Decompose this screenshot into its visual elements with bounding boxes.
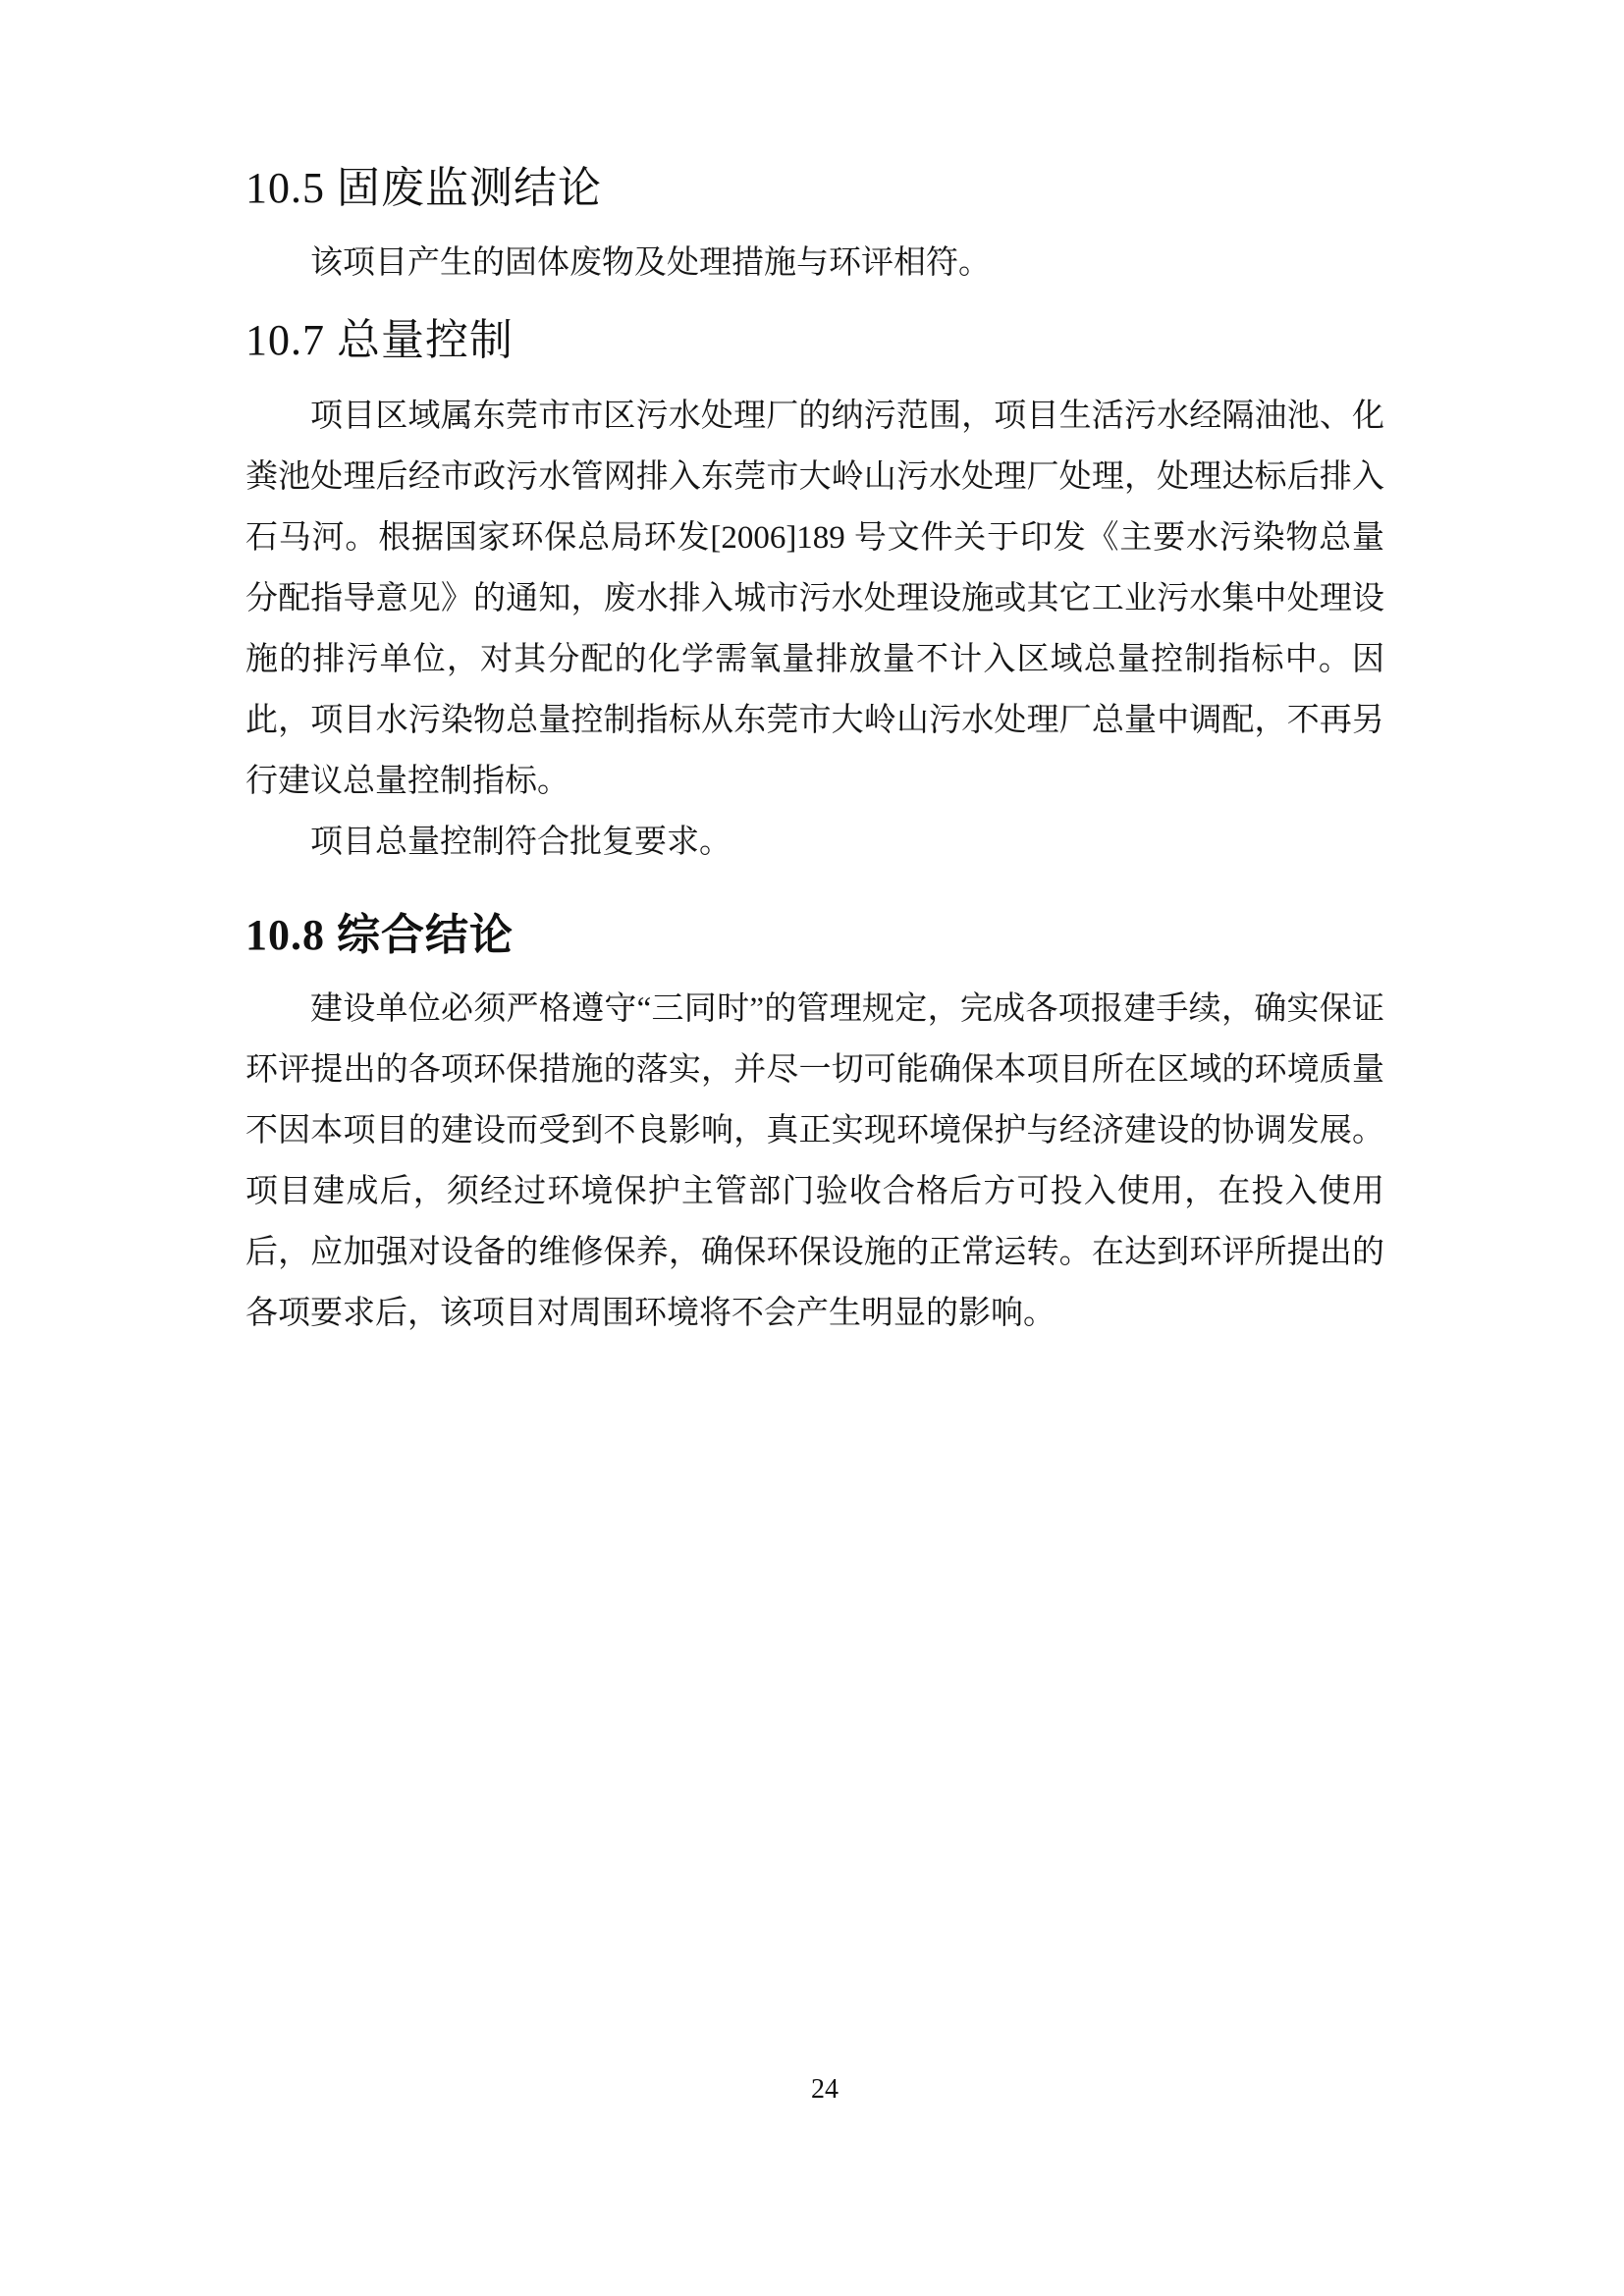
paragraph-total-amount-approval: 项目总量控制符合批复要求。 xyxy=(245,812,1384,873)
paragraph-solid-waste-conclusion: 该项目产生的固体废物及处理措施与环评相符。 xyxy=(245,233,1384,294)
page-footer: 24 xyxy=(26,2073,1624,2107)
page-number: 24 xyxy=(811,2074,839,2105)
paragraph-comprehensive-conclusion: 建设单位必须严格遵守“三同时”的管理规定，完成各项报建手续，确实保证环评提出的各… xyxy=(245,979,1384,1344)
section-heading-10-8: 10.8 综合结论 xyxy=(245,908,1384,963)
section-heading-10-7: 10.7 总量控制 xyxy=(245,313,1384,368)
section-heading-10-5: 10.5 固废监测结论 xyxy=(245,161,1384,216)
document-page: 10.5 固废监测结论 该项目产生的固体废物及处理措施与环评相符。 10.7 总… xyxy=(0,0,1624,2296)
page-content: 10.5 固废监测结论 该项目产生的固体废物及处理措施与环评相符。 10.7 总… xyxy=(245,0,1384,1344)
paragraph-total-amount-control: 项目区域属东莞市市区污水处理厂的纳污范围，项目生活污水经隔油池、化粪池处理后经市… xyxy=(245,386,1384,812)
